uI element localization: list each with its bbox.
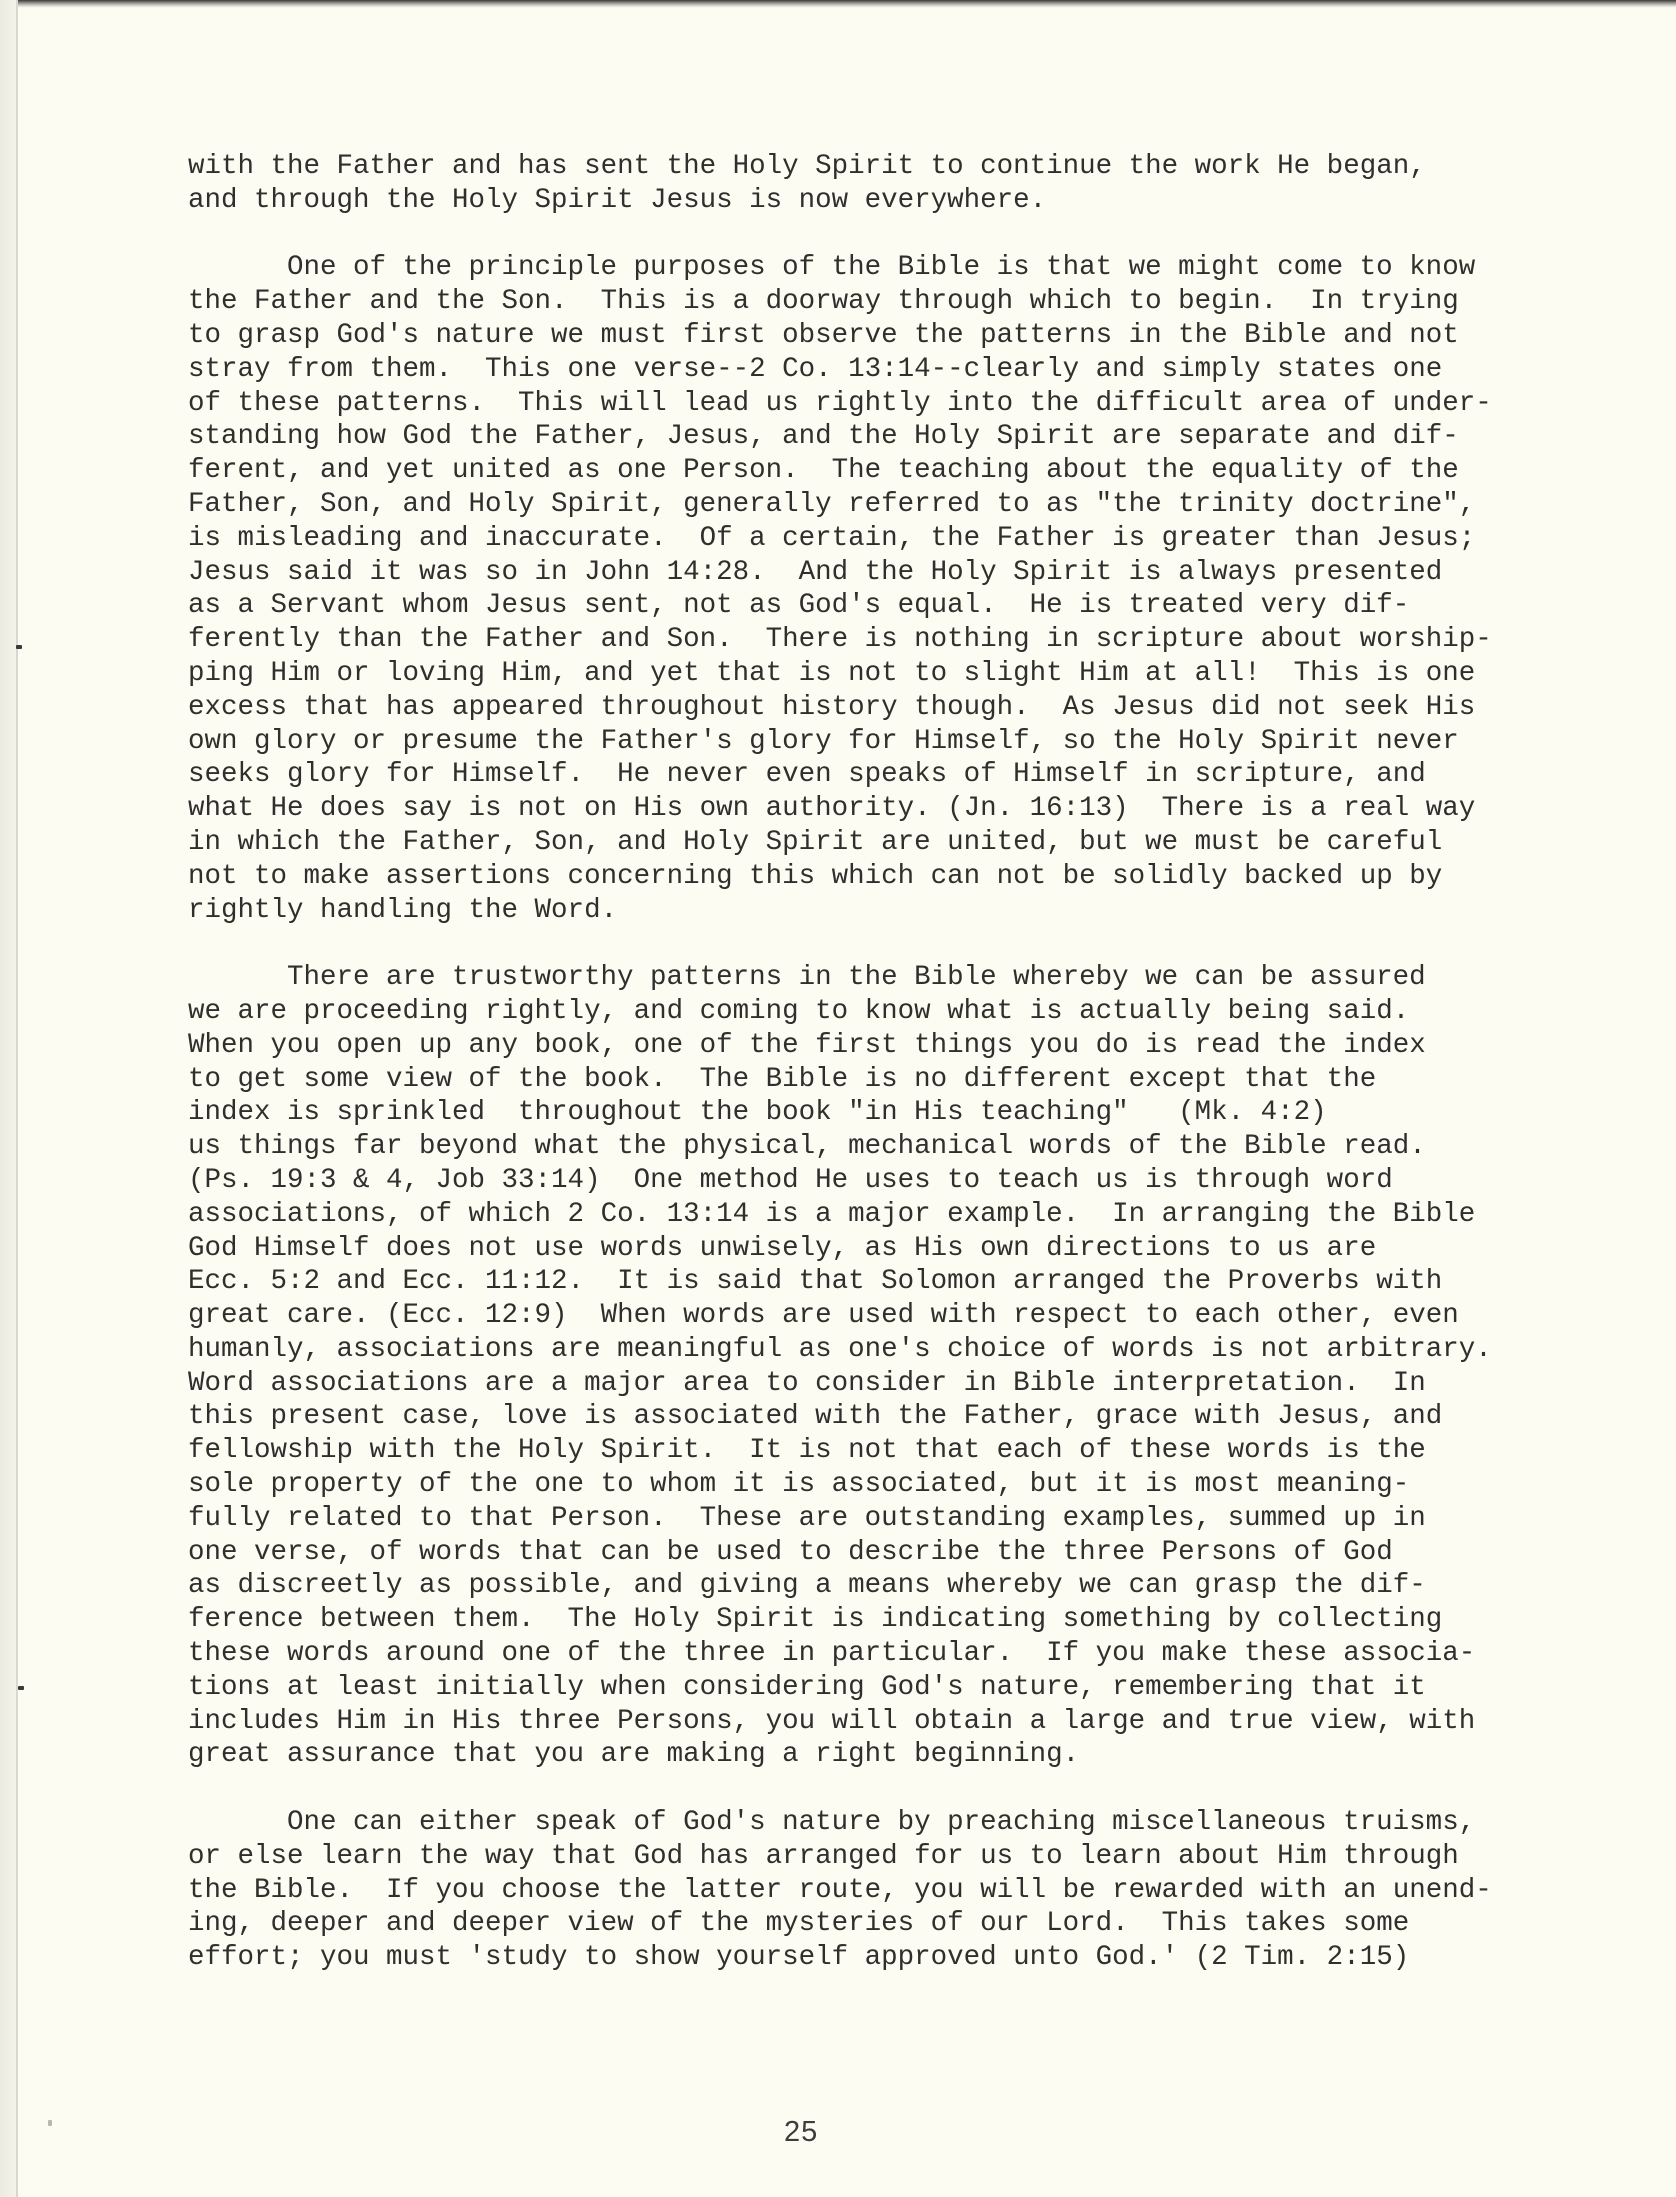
text-line: God Himself does not use words unwisely,… xyxy=(188,1232,1588,1266)
text-line: ference between them. The Holy Spirit is… xyxy=(188,1603,1588,1637)
text-line: associations, of which 2 Co. 13:14 is a … xyxy=(188,1198,1588,1232)
text-line: great assurance that you are making a ri… xyxy=(188,1738,1588,1772)
text-line: index is sprinkled throughout the book "… xyxy=(188,1096,1588,1130)
text-line: this present case, love is associated wi… xyxy=(188,1400,1588,1434)
text-line: One can either speak of God's nature by … xyxy=(188,1806,1588,1840)
text-line: fully related to that Person. These are … xyxy=(188,1502,1588,1536)
text-line: the Bible. If you choose the latter rout… xyxy=(188,1874,1588,1908)
text-line: to get some view of the book. The Bible … xyxy=(188,1063,1588,1097)
text-line: includes Him in His three Persons, you w… xyxy=(188,1705,1588,1739)
paragraph-1: with the Father and has sent the Holy Sp… xyxy=(188,150,1588,218)
text-line: Word associations are a major area to co… xyxy=(188,1367,1588,1401)
scan-left-edge xyxy=(0,0,16,2197)
text-line: or else learn the way that God has arran… xyxy=(188,1840,1588,1874)
text-line: as discreetly as possible, and giving a … xyxy=(188,1569,1588,1603)
text-line: sole property of the one to whom it is a… xyxy=(188,1468,1588,1502)
text-line: ping Him or loving Him, and yet that is … xyxy=(188,657,1588,691)
text-line: humanly, associations are meaningful as … xyxy=(188,1333,1588,1367)
text-line: stray from them. This one verse--2 Co. 1… xyxy=(188,353,1588,387)
text-line: excess that has appeared throughout hist… xyxy=(188,691,1588,725)
paragraph-4: One can either speak of God's nature by … xyxy=(188,1806,1588,1975)
page-number: 25 xyxy=(784,2116,818,2149)
text-line: is misleading and inaccurate. Of a certa… xyxy=(188,522,1588,556)
paragraph-3: There are trustworthy patterns in the Bi… xyxy=(188,961,1588,1772)
text-line: as a Servant whom Jesus sent, not as God… xyxy=(188,589,1588,623)
text-line: not to make assertions concerning this w… xyxy=(188,860,1588,894)
text-line: There are trustworthy patterns in the Bi… xyxy=(188,961,1588,995)
text-line: and through the Holy Spirit Jesus is now… xyxy=(188,184,1588,218)
text-line: great care. (Ecc. 12:9) When words are u… xyxy=(188,1299,1588,1333)
text-line: effort; you must 'study to show yourself… xyxy=(188,1941,1588,1975)
text-line: to grasp God's nature we must first obse… xyxy=(188,319,1588,353)
text-line: tions at least initially when considerin… xyxy=(188,1671,1588,1705)
text-line: with the Father and has sent the Holy Sp… xyxy=(188,150,1588,184)
text-line: One of the principle purposes of the Bib… xyxy=(188,251,1588,285)
text-line: what He does say is not on His own autho… xyxy=(188,792,1588,826)
text-line: we are proceeding rightly, and coming to… xyxy=(188,995,1588,1029)
text-line: the Father and the Son. This is a doorwa… xyxy=(188,285,1588,319)
text-line: (Ps. 19:3 & 4, Job 33:14) One method He … xyxy=(188,1164,1588,1198)
text-line: us things far beyond what the physical, … xyxy=(188,1130,1588,1164)
text-line: standing how God the Father, Jesus, and … xyxy=(188,420,1588,454)
text-line: ferent, and yet united as one Person. Th… xyxy=(188,454,1588,488)
text-line: own glory or presume the Father's glory … xyxy=(188,725,1588,759)
text-line: of these patterns. This will lead us rig… xyxy=(188,387,1588,421)
text-line: rightly handling the Word. xyxy=(188,894,1588,928)
text-line: in which the Father, Son, and Holy Spiri… xyxy=(188,826,1588,860)
margin-speck xyxy=(48,2120,52,2126)
text-line: Ecc. 5:2 and Ecc. 11:12. It is said that… xyxy=(188,1265,1588,1299)
margin-speck xyxy=(16,645,22,649)
text-line: one verse, of words that can be used to … xyxy=(188,1536,1588,1570)
text-line: Father, Son, and Holy Spirit, generally … xyxy=(188,488,1588,522)
scan-top-edge xyxy=(0,0,1676,8)
text-line: When you open up any book, one of the fi… xyxy=(188,1029,1588,1063)
text-line: ferently than the Father and Son. There … xyxy=(188,623,1588,657)
page-body: with the Father and has sent the Holy Sp… xyxy=(188,150,1588,2009)
margin-speck xyxy=(18,1686,24,1690)
text-line: ing, deeper and deeper view of the myste… xyxy=(188,1907,1588,1941)
page-fold-line xyxy=(16,0,18,2197)
text-line: fellowship with the Holy Spirit. It is n… xyxy=(188,1434,1588,1468)
text-line: seeks glory for Himself. He never even s… xyxy=(188,758,1588,792)
paragraph-2: One of the principle purposes of the Bib… xyxy=(188,251,1588,927)
text-line: Jesus said it was so in John 14:28. And … xyxy=(188,556,1588,590)
text-line: these words around one of the three in p… xyxy=(188,1637,1588,1671)
